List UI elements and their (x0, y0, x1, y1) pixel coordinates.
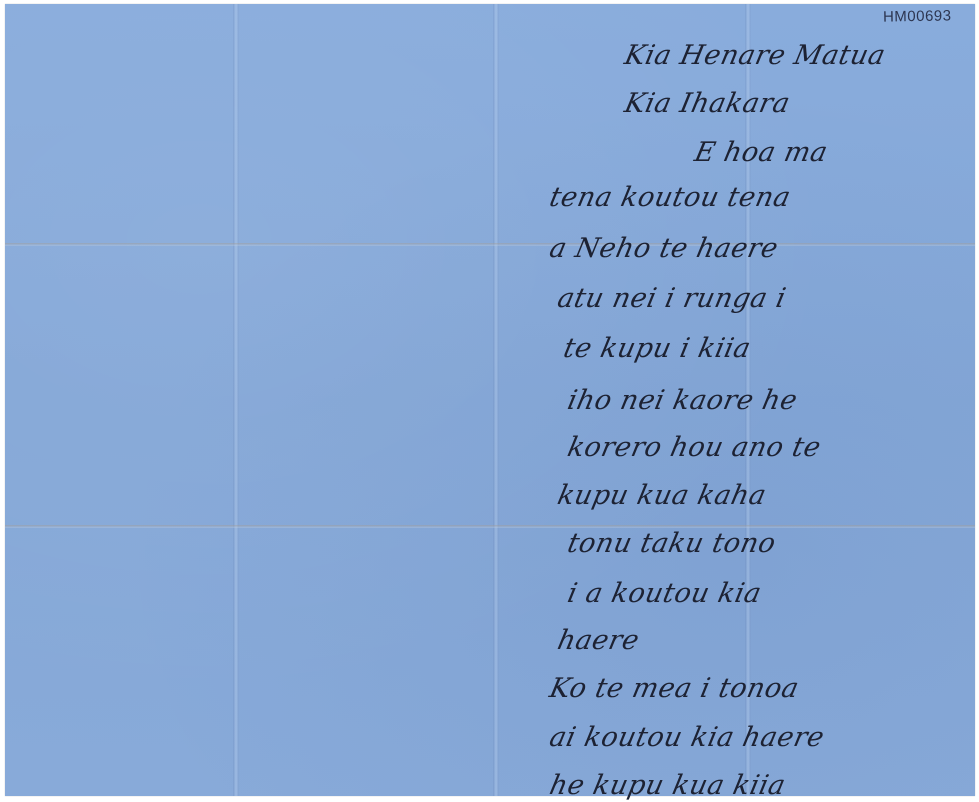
letter-line: iho nei kaore he (565, 385, 801, 416)
letter-line: Kia Ihakara (622, 88, 793, 119)
letter-line: kupu kua kaha (555, 480, 769, 511)
fold-line-horizontal-bottom (5, 525, 975, 528)
letter-line: tena koutou tena (547, 182, 794, 213)
letter-line: korero hou ano te (565, 432, 824, 463)
letter-line: tonu taku tono (565, 528, 779, 559)
fold-line-horizontal-top (5, 243, 975, 246)
letter-line: ai koutou kia haere (547, 722, 828, 753)
letter-sheet (5, 4, 975, 796)
letter-line: haere (555, 625, 642, 656)
letter-line: E hoa ma (692, 137, 831, 168)
catalog-mark: HM00693 (883, 7, 952, 25)
fold-line-vertical-left (233, 4, 239, 796)
letter-line: he kupu kua kiia (547, 770, 789, 801)
fold-line-vertical-center (493, 4, 499, 796)
letter-line: te kupu i kiia (561, 333, 754, 364)
letter-line: Kia Henare Matua (622, 40, 889, 71)
letter-line: atu nei i runga i (555, 283, 789, 314)
letter-line: a Neho te haere (547, 233, 781, 264)
letter-line: Ko te mea i tonoa (547, 673, 802, 704)
letter-line: i a koutou kia (565, 578, 765, 609)
